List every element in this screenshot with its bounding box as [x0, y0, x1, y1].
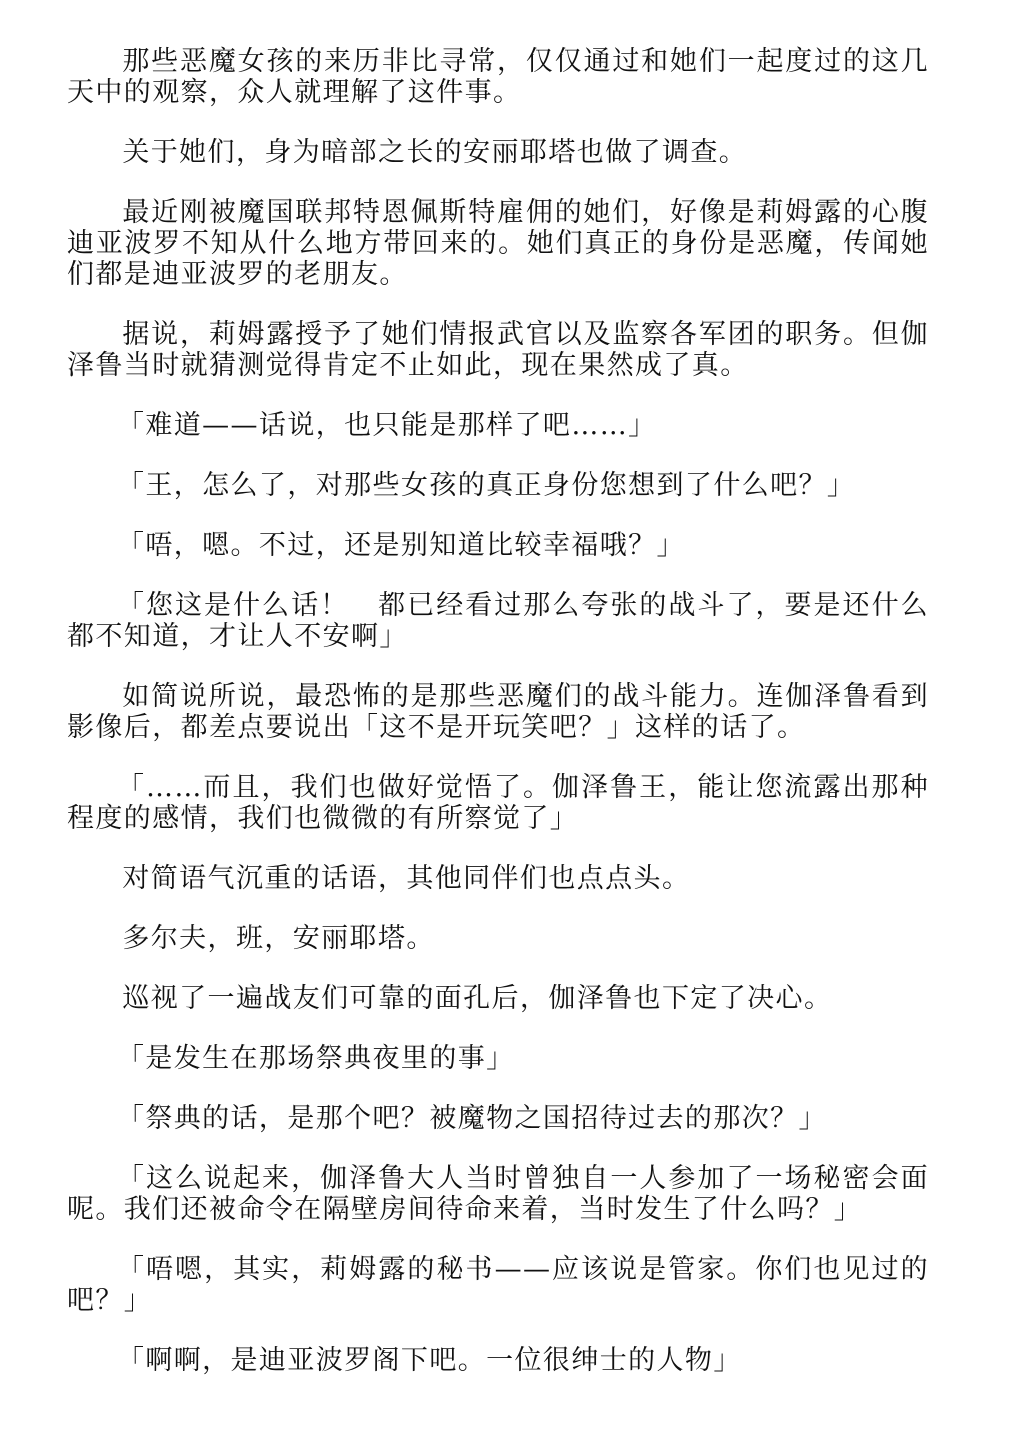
paragraph-narration: 那些恶魔女孩的来历非比寻常，仅仅通过和她们一起度过的这几天中的观察，众人就理解了…: [67, 46, 929, 108]
paragraph-dialogue: 「您这是什么话！ 都已经看过那么夸张的战斗了，要是还什么都不知道，才让人不安啊」: [67, 590, 929, 652]
paragraph-narration: 据说，莉姆露授予了她们情报武官以及监察各军团的职务。但伽泽鲁当时就猜测觉得肯定不…: [67, 319, 929, 381]
paragraph-dialogue: 「王，怎么了，对那些女孩的真正身份您想到了什么吧？」: [67, 470, 929, 501]
paragraph-dialogue: 「啊啊，是迪亚波罗阁下吧。一位很绅士的人物」: [67, 1345, 929, 1376]
paragraph-narration: 关于她们，身为暗部之长的安丽耶塔也做了调查。: [67, 137, 929, 168]
paragraph-dialogue: 「是发生在那场祭典夜里的事」: [67, 1043, 929, 1074]
paragraph-dialogue: 「难道——话说，也只能是那样了吧……」: [67, 410, 929, 441]
paragraph-dialogue: 「祭典的话，是那个吧？被魔物之国招待过去的那次？」: [67, 1103, 929, 1134]
paragraph-narration: 对简语气沉重的话语，其他同伴们也点点头。: [67, 863, 929, 894]
paragraph-dialogue: 「这么说起来，伽泽鲁大人当时曾独自一人参加了一场秘密会面呢。我们还被命令在隔壁房…: [67, 1163, 929, 1225]
paragraph-narration: 如简说所说，最恐怖的是那些恶魔们的战斗能力。连伽泽鲁看到影像后，都差点要说出「这…: [67, 681, 929, 743]
paragraph-dialogue: 「唔，嗯。不过，还是别知道比较幸福哦？」: [67, 530, 929, 561]
paragraph-narration: 巡视了一遍战友们可靠的面孔后，伽泽鲁也下定了决心。: [67, 983, 929, 1014]
paragraph-narration: 最近刚被魔国联邦特恩佩斯特雇佣的她们，好像是莉姆露的心腹迪亚波罗不知从什么地方带…: [67, 197, 929, 290]
paragraph-dialogue: 「……而且，我们也做好觉悟了。伽泽鲁王，能让您流露出那种程度的感情，我们也微微的…: [67, 772, 929, 834]
paragraph-narration: 多尔夫，班，安丽耶塔。: [67, 923, 929, 954]
paragraph-dialogue: 「唔嗯，其实，莉姆露的秘书——应该说是管家。你们也见过的吧？」: [67, 1254, 929, 1316]
document-page: 那些恶魔女孩的来历非比寻常，仅仅通过和她们一起度过的这几天中的观察，众人就理解了…: [67, 46, 929, 1405]
